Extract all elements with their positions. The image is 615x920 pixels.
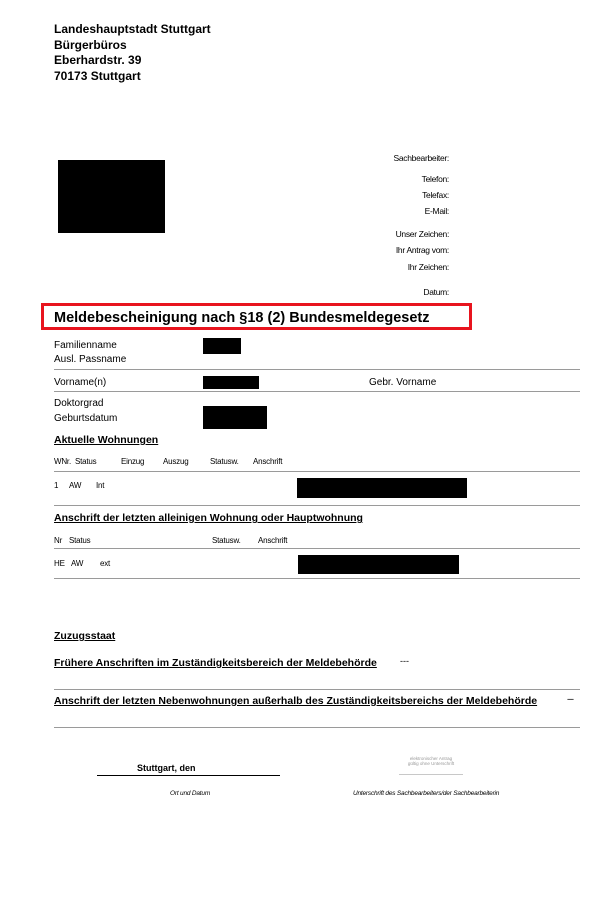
label-unser-zeichen: Unser Zeichen:: [396, 229, 449, 239]
label-ausl-passname: Ausl. Passname: [54, 354, 126, 365]
place-date-caption: Ort und Datum: [170, 790, 210, 797]
col-anschrift: Anschrift: [253, 457, 282, 466]
divider: [54, 548, 580, 549]
col-anschrift: Anschrift: [258, 536, 287, 545]
sender-line-2: Bürgerbüros: [54, 38, 211, 54]
divider: [54, 369, 580, 370]
row-extra: ext: [100, 559, 110, 568]
label-doktorgrad: Doktorgrad: [54, 398, 103, 409]
section-aktuelle-wohnungen: Aktuelle Wohnungen: [54, 434, 158, 446]
label-fruehere-anschriften: Frühere Anschriften im Zuständigkeitsber…: [54, 657, 377, 669]
col-auszug: Auszug: [163, 457, 188, 466]
divider: [54, 471, 580, 472]
row-nr: HE: [54, 559, 65, 568]
label-gebr-vorname: Gebr. Vorname: [369, 377, 436, 388]
sender-line-3: Eberhardstr. 39: [54, 53, 211, 69]
stamp-note-line-2: gültig ohne Unterschrift: [396, 761, 466, 766]
col-wnr: WNr.: [54, 457, 71, 466]
section-zuzugsstaat: Zuzugsstaat: [54, 630, 115, 642]
col-einzug: Einzug: [121, 457, 144, 466]
signature-caption: Unterschrift des Sachbearbeiters/der Sac…: [353, 790, 499, 797]
value-nebenwohnungen: ---: [567, 694, 573, 704]
label-ihr-zeichen: Ihr Zeichen:: [408, 262, 449, 272]
redacted-anschrift: [297, 478, 467, 498]
place-date-line: [97, 775, 280, 776]
label-vornamen: Vorname(n): [54, 377, 106, 388]
sender-address: Landeshauptstadt Stuttgart Bürgerbüros E…: [54, 22, 211, 84]
divider: [54, 727, 580, 728]
sender-line-4: 70173 Stuttgart: [54, 69, 211, 85]
stamp-note: elektronischer Antrag gültig ohne Unters…: [396, 756, 466, 766]
label-sachbearbeiter: Sachbearbeiter:: [393, 153, 449, 163]
redacted-recipient-address: [58, 160, 165, 233]
label-telefon: Telefon:: [422, 174, 449, 184]
section-letzte-wohnung: Anschrift der letzten alleinigen Wohnung…: [54, 512, 363, 524]
place-date-label: Stuttgart, den: [137, 763, 196, 773]
col-status: Status: [69, 536, 90, 545]
divider: [54, 578, 580, 579]
label-nebenwohnungen: Anschrift der letzten Nebenwohnungen auß…: [54, 695, 537, 707]
row-status: AW: [71, 559, 83, 568]
label-datum: Datum:: [423, 287, 449, 297]
divider: [54, 505, 580, 506]
label-email: E-Mail:: [425, 206, 449, 216]
col-status: Status: [75, 457, 96, 466]
sender-line-1: Landeshauptstadt Stuttgart: [54, 22, 211, 38]
redacted-familienname: [203, 338, 241, 354]
value-fruehere-anschriften: ---: [400, 656, 409, 666]
divider: [54, 391, 580, 392]
signature-line: [399, 774, 463, 775]
row-extra: Int: [96, 481, 104, 490]
label-telefax: Telefax:: [422, 190, 449, 200]
redacted-anschrift: [298, 555, 459, 574]
divider: [54, 689, 580, 690]
label-ihr-antrag-vom: Ihr Antrag vom:: [396, 245, 449, 255]
col-statusw: Statusw.: [210, 457, 239, 466]
label-geburtsdatum: Geburtsdatum: [54, 413, 117, 424]
col-statusw: Statusw.: [212, 536, 241, 545]
document-title: Meldebescheinigung nach §18 (2) Bundesme…: [54, 310, 430, 326]
row-wnr: 1: [54, 481, 58, 490]
col-nr: Nr: [54, 536, 62, 545]
redacted-vornamen: [203, 376, 259, 389]
row-status: AW: [69, 481, 81, 490]
redacted-geburtsdatum: [203, 406, 267, 429]
label-familienname: Familienname: [54, 340, 117, 351]
